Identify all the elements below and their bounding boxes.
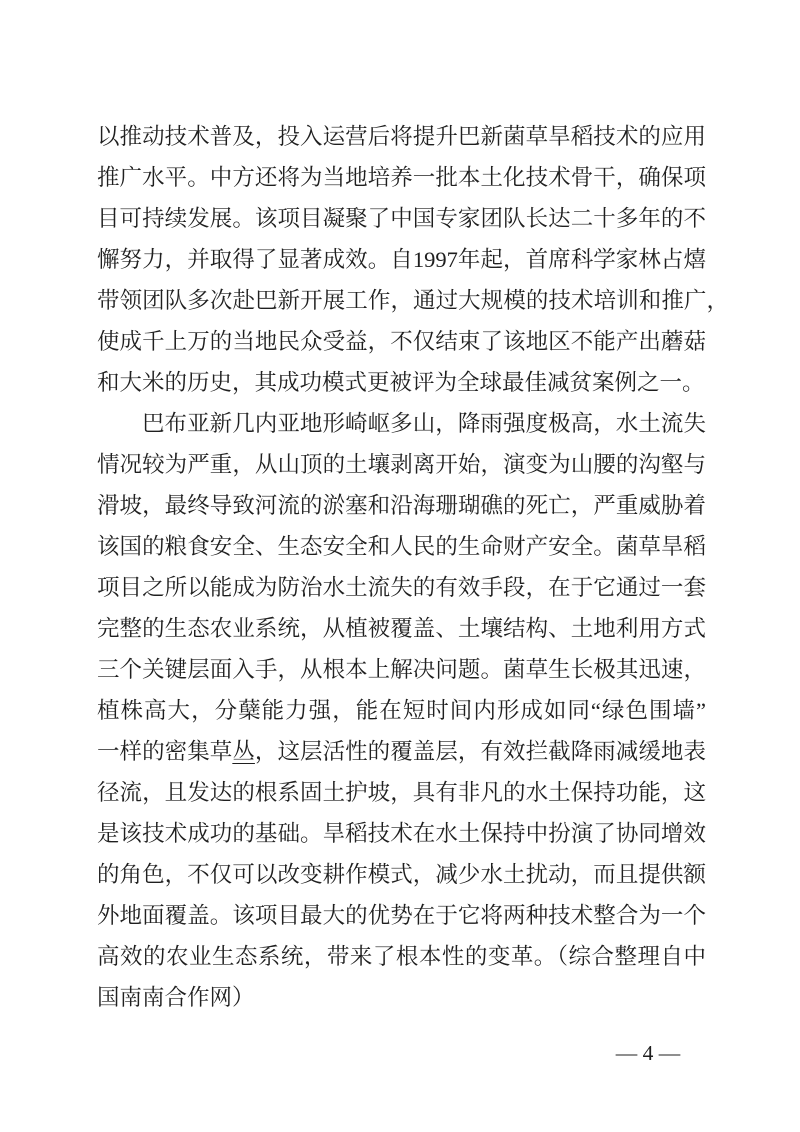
text-line: 径流，且发达的根系固土护坡，具有非凡的水土保持功能，这 <box>97 772 706 813</box>
text-line: 项目之所以能成为防治水土流失的有效手段，在于它通过一套 <box>97 567 706 608</box>
text-segment: ，这层活性的覆盖层，有效拦截降雨减缓地表 <box>255 739 706 764</box>
text-segment: 是该技术成功的基础。旱稻技术在水土保持中扮演了协同增效 <box>97 821 706 846</box>
text-line: 滑坡，最终导致河流的淤塞和沿海珊瑚礁的死亡，严重威胁着 <box>97 485 706 526</box>
text-segment: 目可持续发展。该项目凝聚了中国专家团队长达二十多年的不 <box>97 206 706 231</box>
text-line: 巴布亚新几内亚地形崎岖多山，降雨强度极高，水土流失 <box>97 403 706 444</box>
text-line: 使成千上万的当地民众受益，不仅结束了该地区不能产出蘑菇 <box>97 321 706 362</box>
text-line: 情况较为严重，从山顶的土壤剥离开始，演变为山腰的沟壑与 <box>97 444 706 485</box>
text-line: 高效的农业生态系统，带来了根本性的变革。（综合整理自中 <box>97 936 706 977</box>
text-segment: 一样的密集草 <box>97 739 232 764</box>
text-segment: 的角色，不仅可以改变耕作模式，减少水土扰动，而且提供额 <box>97 862 706 887</box>
text-line: 一样的密集草丛，这层活性的覆盖层，有效拦截降雨减缓地表 <box>97 731 706 772</box>
text-segment: 三个关键层面入手，从根本上解决问题。菌草生长极其迅速， <box>97 657 706 682</box>
text-line: 推广水平。中方还将为当地培养一批本土化技术骨干，确保项 <box>97 157 706 198</box>
document-body: 以推动技术普及，投入运营后将提升巴新菌草旱稻技术的应用推广水平。中方还将为当地培… <box>97 116 706 1018</box>
text-line: 以推动技术普及，投入运营后将提升巴新菌草旱稻技术的应用 <box>97 116 706 157</box>
text-segment: 该国的粮食安全、生态安全和人民的生命财产安全。菌草旱稻 <box>97 534 706 559</box>
text-segment: 带领团队多次赴巴新开展工作，通过大规模的技术培训和推广， <box>97 288 729 313</box>
text-line: 外地面覆盖。该项目最大的优势在于它将两种技术整合为一个 <box>97 895 706 936</box>
text-line: 完整的生态农业系统，从植被覆盖、土壤结构、土地利用方式 <box>97 608 706 649</box>
text-segment: 和大米的历史，其成功模式更被评为全球最佳减贫案例之一。 <box>97 370 705 395</box>
text-segment: 滑坡，最终导致河流的淤塞和沿海珊瑚礁的死亡，严重威胁着 <box>97 493 706 518</box>
text-line: 和大米的历史，其成功模式更被评为全球最佳减贫案例之一。 <box>97 362 706 403</box>
text-segment: 情况较为严重，从山顶的土壤剥离开始，演变为山腰的沟壑与 <box>97 452 706 477</box>
text-segment: 外地面覆盖。该项目最大的优势在于它将两种技术整合为一个 <box>97 903 706 928</box>
text-segment: 巴布亚新几内亚地形崎岖多山，降雨强度极高，水土流失 <box>142 411 706 436</box>
text-line: 目可持续发展。该项目凝聚了中国专家团队长达二十多年的不 <box>97 198 706 239</box>
text-line: 三个关键层面入手，从根本上解决问题。菌草生长极其迅速， <box>97 649 706 690</box>
text-segment: 国南南合作网） <box>97 985 255 1010</box>
text-line: 的角色，不仅可以改变耕作模式，减少水土扰动，而且提供额 <box>97 854 706 895</box>
text-segment: 以推动技术普及，投入运营后将提升巴新菌草旱稻技术的应用 <box>97 124 706 149</box>
text-line: 懈努力，并取得了显著成效。自1997年起，首席科学家林占熺 <box>97 239 706 280</box>
text-segment: 径流，且发达的根系固土护坡，具有非凡的水土保持功能，这 <box>97 780 706 805</box>
text-segment: 高效的农业生态系统，带来了根本性的变革。（综合整理自中 <box>97 944 706 969</box>
text-line: 带领团队多次赴巴新开展工作，通过大规模的技术培训和推广， <box>97 280 729 321</box>
underlined-text: 丛 <box>232 739 255 764</box>
document-page: 以推动技术普及，投入运营后将提升巴新菌草旱稻技术的应用推广水平。中方还将为当地培… <box>0 0 800 1132</box>
text-line: 是该技术成功的基础。旱稻技术在水土保持中扮演了协同增效 <box>97 813 706 854</box>
page-number: — 4 — <box>608 1040 688 1066</box>
text-segment: 推广水平。中方还将为当地培养一批本土化技术骨干，确保项 <box>97 165 706 190</box>
text-segment: 懈努力，并取得了显著成效。自1997年起，首席科学家林占熺 <box>97 247 706 272</box>
text-segment: 植株高大，分蘖能力强，能在短时间内形成如同“绿色围墙” <box>97 698 706 723</box>
text-line: 国南南合作网） <box>97 977 706 1018</box>
text-segment: 使成千上万的当地民众受益，不仅结束了该地区不能产出蘑菇 <box>97 329 706 354</box>
text-line: 该国的粮食安全、生态安全和人民的生命财产安全。菌草旱稻 <box>97 526 706 567</box>
text-segment: 完整的生态农业系统，从植被覆盖、土壤结构、土地利用方式 <box>97 616 706 641</box>
text-segment: 项目之所以能成为防治水土流失的有效手段，在于它通过一套 <box>97 575 706 600</box>
text-line: 植株高大，分蘖能力强，能在短时间内形成如同“绿色围墙” <box>97 690 706 731</box>
